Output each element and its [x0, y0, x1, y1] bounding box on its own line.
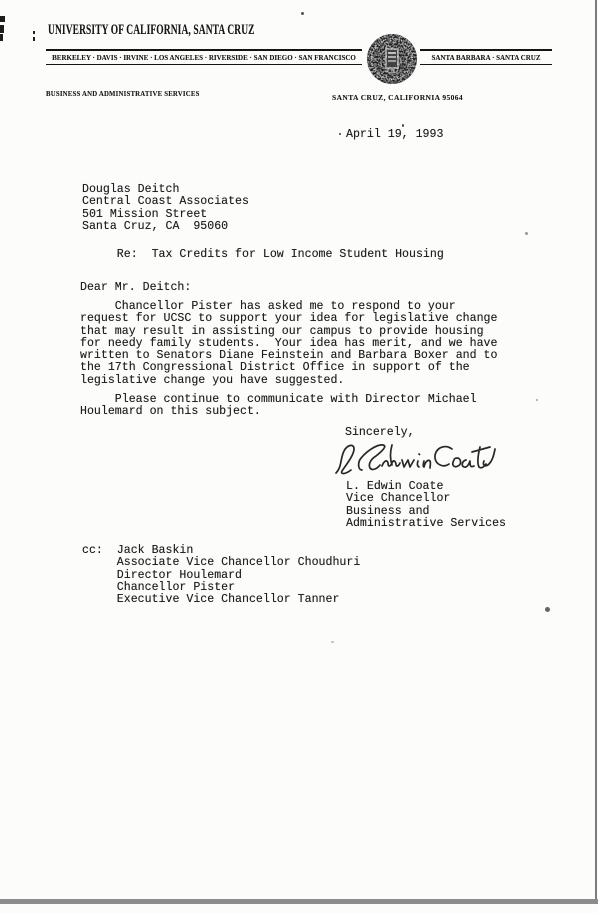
scan-artifact-speck [525, 232, 528, 235]
uc-seal-icon [366, 33, 418, 85]
cc-list: cc: Jack Baskin Associate Vice Chancello… [82, 545, 360, 606]
scan-edge-bottom-line [0, 899, 598, 904]
letterhead-university-name: UNIVERSITY OF CALIFORNIA, SANTA CRUZ [48, 23, 255, 38]
campus-list-right: SANTA BARBARA · SANTA CRUZ [431, 54, 540, 62]
letterhead-location: SANTA CRUZ, CALIFORNIA 95064 [332, 93, 463, 102]
scan-artifact-left-edge [0, 16, 5, 22]
letterhead-department: BUSINESS AND ADMINISTRATIVE SERVICES [46, 91, 200, 98]
subject-line: Re: Tax Credits for Low Income Student H… [82, 249, 444, 261]
scan-artifact-colon-dot [33, 37, 35, 41]
scan-artifact-speck [339, 133, 341, 135]
letterhead-campus-rule-right: SANTA BARBARA · SANTA CRUZ [420, 49, 552, 65]
scanned-letter-page: UNIVERSITY OF CALIFORNIA, SANTA CRUZ BER… [0, 0, 598, 913]
handwritten-signature-icon [332, 437, 497, 483]
body-paragraph-2: Please continue to communicate with Dire… [80, 394, 477, 419]
salutation: Dear Mr. Deitch: [80, 282, 191, 294]
scan-artifact-speck [402, 124, 404, 127]
scan-artifact-left-edge [0, 34, 3, 41]
scan-edge-vertical-line [595, 0, 597, 901]
signature-block: L. Edwin Coate Vice Chancellor Business … [346, 481, 506, 530]
recipient-address: Douglas Deitch Central Coast Associates … [82, 184, 249, 233]
body-paragraph-1: Chancellor Pister has asked me to respon… [80, 301, 497, 387]
campus-list-left: BERKELEY · DAVIS · IRVINE · LOS ANGELES … [52, 54, 356, 62]
letterhead-campus-rule-left: BERKELEY · DAVIS · IRVINE · LOS ANGELES … [46, 49, 362, 65]
scan-artifact-speck [536, 399, 538, 401]
scan-artifact-speck [301, 12, 304, 15]
scan-artifact-speck [331, 641, 334, 643]
scan-artifact-left-edge [0, 25, 4, 33]
date-line: April 19, 1993 [346, 129, 443, 141]
scan-artifact-colon-dot [33, 31, 35, 34]
scan-artifact-speck [545, 607, 550, 612]
